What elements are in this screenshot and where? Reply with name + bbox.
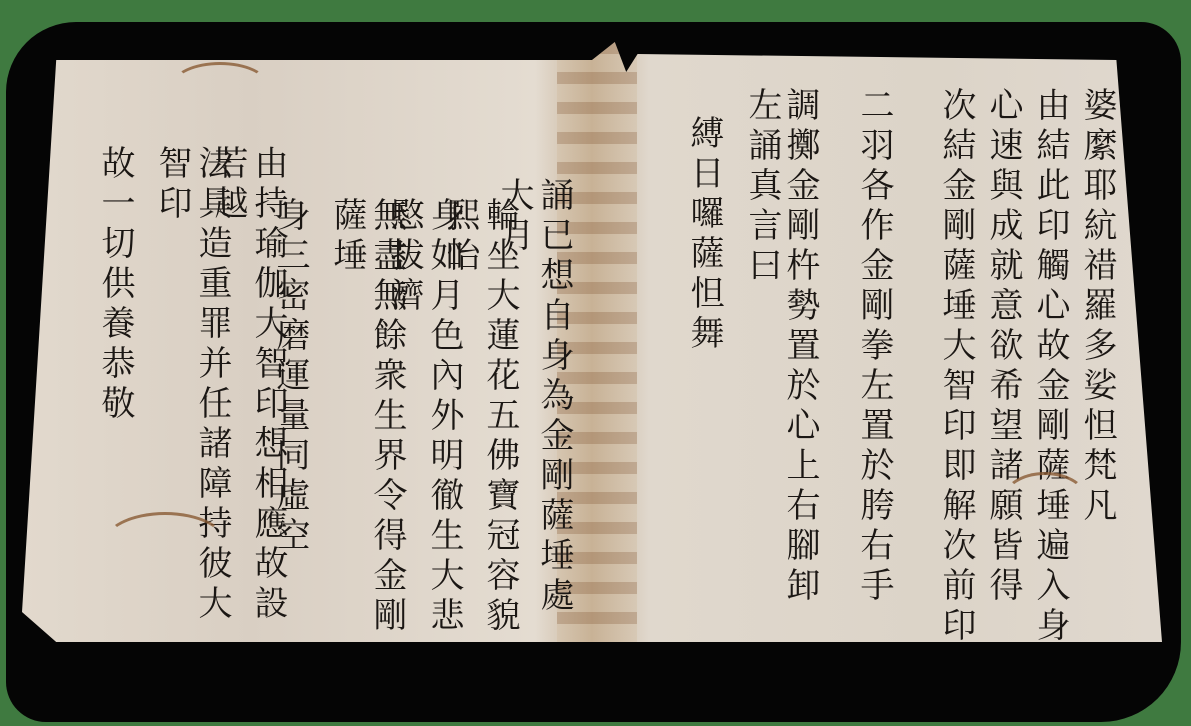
text-column: 縛日囉薩怛舞 xyxy=(684,115,724,355)
wormhole-stain xyxy=(172,62,268,108)
text-column: 次結金剛薩埵大智印即解次前印 xyxy=(936,87,976,642)
text-column: 故一切供養恭敬 xyxy=(95,145,135,425)
text-column: 心速與成就意欲希望諸願皆得 xyxy=(983,87,1023,607)
text-column: 由結此印觸心故金剛薩埵遍入身 xyxy=(1030,87,1070,642)
wormhole-stain xyxy=(102,512,228,578)
text-column: 二羽各作金剛拳左置於胯右手 xyxy=(854,87,894,607)
manuscript-page: 婆縻耶䋁䄍羅多娑怛梵凡 由結此印觸心故金剛薩埵遍入身 心速與成就意欲希望諸願皆得… xyxy=(22,42,1162,642)
text-column: 無盡無餘衆生界令得金剛薩埵 xyxy=(327,197,407,642)
text-column: 調擲金剛杵勢置於心上右腳卸 xyxy=(780,87,820,607)
text-column: 婆縻耶䋁䄍羅多娑怛梵凡 xyxy=(1077,87,1117,527)
text-column: 左誦真言曰 xyxy=(742,87,782,287)
wormhole-stain xyxy=(1002,472,1088,528)
